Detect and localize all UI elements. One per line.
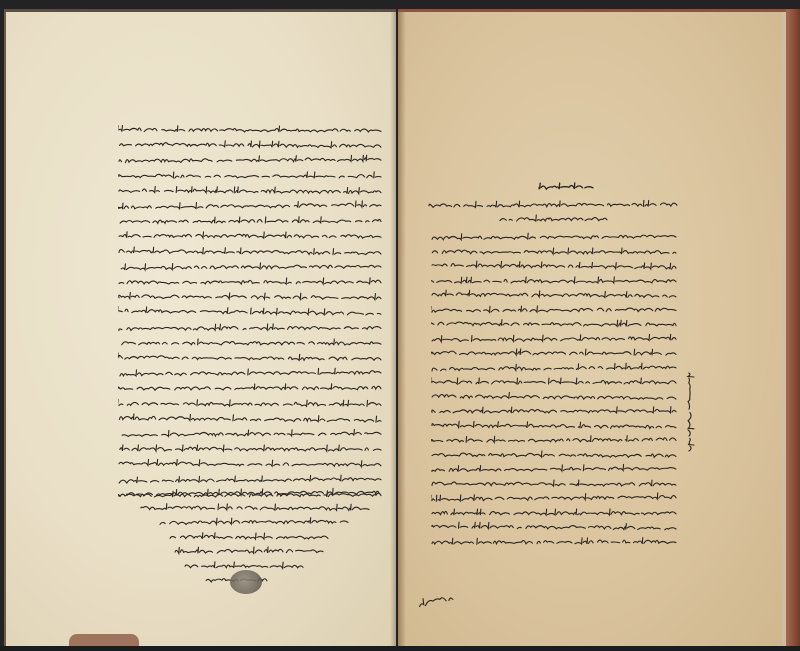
handwritten-line	[118, 261, 382, 273]
handwritten-line	[118, 322, 382, 333]
handwritten-line	[498, 214, 608, 224]
handwritten-line	[118, 277, 382, 287]
scan-background	[0, 646, 800, 651]
seal-stamp-left	[230, 570, 262, 594]
margin-note	[685, 372, 695, 452]
handwritten-line	[118, 352, 382, 364]
handwritten-line	[431, 304, 677, 315]
handwritten-line	[118, 246, 382, 258]
handwritten-line	[118, 428, 382, 439]
handwritten-line	[118, 139, 382, 151]
handwritten-line	[159, 516, 349, 527]
handwritten-line	[431, 231, 677, 243]
handwritten-line	[169, 531, 329, 542]
handwritten-line	[431, 333, 677, 345]
handwritten-line	[431, 492, 677, 504]
handwritten-line	[174, 546, 324, 557]
handwritten-line	[431, 521, 677, 533]
handwritten-line	[538, 182, 594, 192]
leather-binding-edge	[786, 9, 800, 651]
signature	[417, 591, 455, 612]
handwritten-line	[118, 367, 382, 379]
right-page: بسم الله الرحمن الرحيم الحمد لله رب العا…	[398, 9, 786, 650]
handwritten-line	[431, 536, 677, 547]
handwritten-line	[431, 361, 677, 373]
handwritten-line	[118, 338, 382, 348]
handwritten-line	[118, 231, 382, 242]
left-page: و جلد دوم ... گردید	[4, 9, 396, 648]
handwritten-line	[140, 502, 370, 513]
handwritten-line	[118, 200, 382, 213]
handwritten-line	[431, 246, 677, 256]
handwritten-line	[431, 275, 677, 285]
gutter-shadow	[398, 12, 406, 650]
handwritten-line	[118, 413, 382, 425]
handwritten-line	[118, 155, 382, 167]
manuscript-spread: و جلد دوم ... گردید بسم الله الرحمن الرح…	[0, 0, 800, 651]
handwritten-line	[431, 434, 677, 445]
handwritten-line	[431, 377, 677, 387]
handwritten-line	[431, 348, 677, 359]
gutter-shadow	[390, 12, 396, 648]
page-edge	[4, 12, 6, 648]
handwritten-line	[431, 406, 677, 417]
handwritten-line	[118, 398, 382, 409]
handwritten-line	[431, 390, 677, 402]
handwritten-line	[431, 420, 677, 432]
handwritten-line	[118, 306, 382, 319]
handwritten-line	[118, 473, 382, 485]
handwritten-line	[431, 478, 677, 488]
handwritten-line	[431, 318, 677, 329]
handwritten-line	[118, 459, 382, 471]
handwritten-line	[431, 449, 677, 460]
handwritten-line	[431, 463, 677, 475]
handwritten-line	[118, 171, 382, 181]
handwritten-line	[126, 487, 380, 499]
handwritten-line	[431, 289, 677, 301]
handwritten-line	[431, 507, 677, 517]
handwritten-line	[118, 216, 382, 227]
handwritten-line	[431, 260, 677, 273]
handwritten-line	[118, 383, 382, 394]
handwritten-line	[118, 292, 382, 303]
handwritten-line	[118, 125, 382, 136]
handwritten-line	[118, 444, 382, 454]
handwritten-line	[118, 185, 382, 196]
handwritten-line	[428, 199, 678, 210]
